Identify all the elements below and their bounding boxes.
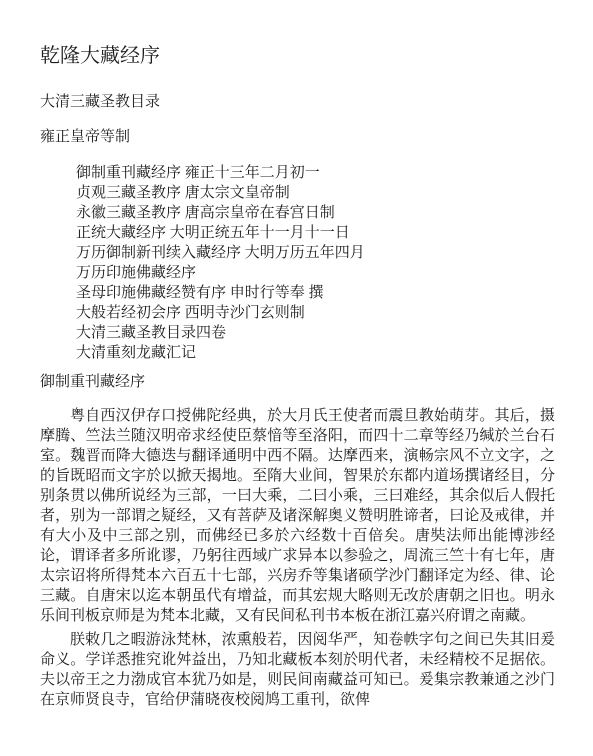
section-heading: 御制重刊藏经序 bbox=[40, 372, 555, 392]
body-paragraph: 朕敕几之暇游泳梵林，浓熏般若，因阅华严，知卷帙字句之间已失其旧爰命义。学详悉推究… bbox=[40, 630, 555, 710]
toc-entry: 御制重刊藏经序 雍正十三年二月初一 bbox=[76, 163, 555, 183]
toc-entry: 贞观三藏圣教序 唐太宗文皇帝制 bbox=[76, 183, 555, 203]
toc-entry: 正统大藏经序 大明正统五年十一月十一日 bbox=[76, 223, 555, 243]
toc-entry: 大般若经初会序 西明寺沙门玄则制 bbox=[76, 303, 555, 323]
toc-entry: 万历御制新刊续入藏经序 大明万历五年四月 bbox=[76, 243, 555, 263]
document-subtitle: 大清三藏圣教目录 bbox=[40, 93, 555, 111]
toc-entry: 万历印施佛藏经序 bbox=[76, 263, 555, 283]
toc-entry: 大清重刻龙藏汇记 bbox=[76, 343, 555, 363]
toc-entry: 大清三藏圣教目录四卷 bbox=[76, 323, 555, 343]
toc-entry: 永徽三藏圣教序 唐高宗皇帝在春宫日制 bbox=[76, 203, 555, 223]
document-page: 乾隆大藏经序 大清三藏圣教目录 雍正皇帝等制 御制重刊藏经序 雍正十三年二月初一… bbox=[0, 0, 593, 756]
body-paragraph: 粤自西汉伊存口授佛陀经典，於大月氏王使者而震旦教始萌芽。其后，摄摩腾、竺法兰随汉… bbox=[40, 406, 555, 626]
table-of-contents: 御制重刊藏经序 雍正十三年二月初一 贞观三藏圣教序 唐太宗文皇帝制 永徽三藏圣教… bbox=[40, 163, 555, 363]
document-title: 乾隆大藏经序 bbox=[40, 45, 555, 67]
toc-entry: 圣母印施佛藏经赞有序 申时行等奉 撰 bbox=[76, 283, 555, 303]
attribution-line: 雍正皇帝等制 bbox=[40, 128, 555, 146]
